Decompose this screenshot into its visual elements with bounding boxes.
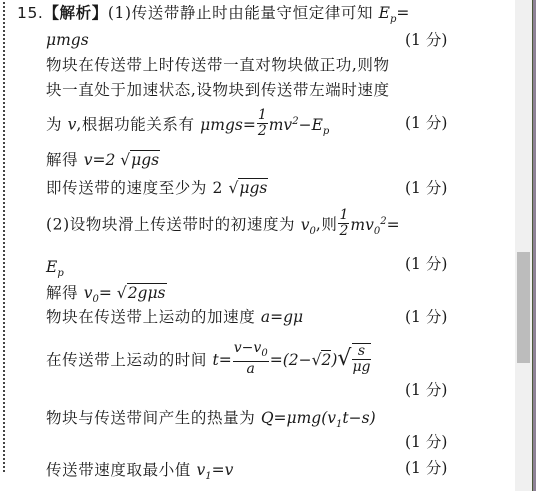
score-3: (1 分): [405, 178, 447, 198]
line-6: 解得 v=2 √μgs: [46, 150, 160, 170]
line-7-pre: 即传送带的速度至少为 2: [46, 179, 223, 197]
line-6-pre: 解得: [46, 151, 78, 169]
analysis-tag: 【解析】: [43, 3, 107, 22]
score-1: (1 分): [405, 30, 447, 50]
line-8: (2)设物块滑上传送带时的初速度为 v0,则12mv02=: [46, 210, 400, 242]
line-5-pre: 为: [46, 116, 62, 134]
line-1: 15.【解析】(1)传送带静止时由能量守恒定律可知 Ep=: [17, 3, 409, 30]
math-kinetic-energy: 12mv02=: [337, 216, 399, 234]
math-heat: Q=μmg(v1t−s): [261, 409, 376, 427]
line-1-text: (1)传送带静止时由能量守恒定律可知: [108, 4, 373, 22]
math-work-energy: μmgs=12mv2−Ep: [200, 116, 329, 134]
line-4: 块一直处于加速状态,设物块到传送带左端时速度: [46, 80, 390, 100]
math-acceleration: a=gμ: [261, 308, 303, 326]
line-8-mid: ,则: [316, 216, 338, 234]
vertical-scrollbar-track[interactable]: [515, 0, 532, 491]
line-12: 在传送带上运动的时间 t=v−v0a=(2−√2)√sμg: [46, 343, 372, 379]
math-v0-result: v0= √2gμs: [84, 284, 167, 302]
line-9: Ep: [46, 257, 64, 284]
problem-number: 15.: [17, 4, 43, 22]
line-8-pre: (2)设物块滑上传送带时的初速度为: [46, 216, 295, 234]
math-mumgs: μmgs: [46, 31, 89, 49]
line-7: 即传送带的速度至少为 2 √μgs: [46, 178, 268, 198]
math-ep: Ep=: [379, 4, 410, 22]
score-4: (1 分): [405, 254, 447, 274]
math-v1: v1=v: [196, 461, 233, 479]
math-v-result: v=2 √μgs: [84, 150, 160, 169]
score-5: (1 分): [405, 307, 447, 327]
score-2: (1 分): [405, 113, 447, 133]
dotted-margin-line: [3, 2, 5, 472]
line-3: 物块在传送带上时传送带一直对物块做正功,则物: [46, 55, 390, 75]
line-13: 物块与传送带间产生的热量为 Q=μmg(v1t−s): [46, 408, 376, 435]
math-ep-2: Ep: [46, 258, 64, 276]
line-2: μmgs: [46, 30, 89, 50]
math-v0: v0: [301, 216, 316, 234]
document-page: 15.【解析】(1)传送带静止时由能量守恒定律可知 Ep= μmgs (1 分)…: [0, 0, 515, 491]
line-12-pre: 在传送带上运动的时间: [46, 351, 207, 369]
line-13-pre: 物块与传送带间产生的热量为: [46, 409, 255, 427]
line-14: 传送带速度取最小值 v1=v: [46, 460, 233, 487]
vertical-scrollbar-thumb[interactable]: [517, 252, 530, 363]
line-10-pre: 解得: [46, 284, 78, 302]
score-6: (1 分): [405, 380, 447, 400]
line-14-pre: 传送带速度取最小值: [46, 461, 191, 479]
math-time: t=v−v0a=(2−√2)√sμg: [213, 351, 372, 369]
score-7: (1 分): [405, 432, 447, 452]
line-5: 为 v,根据功能关系有 μmgs=12mv2−Ep: [46, 110, 329, 142]
score-8: (1 分): [405, 458, 447, 478]
math-sqrt-mugs: √μgs: [229, 178, 269, 197]
window-edge: [532, 0, 536, 491]
line-11-pre: 物块在传送带上运动的加速度: [46, 308, 255, 326]
line-11: 物块在传送带上运动的加速度 a=gμ: [46, 307, 303, 327]
line-5-mid: ,根据功能关系有: [76, 116, 194, 134]
